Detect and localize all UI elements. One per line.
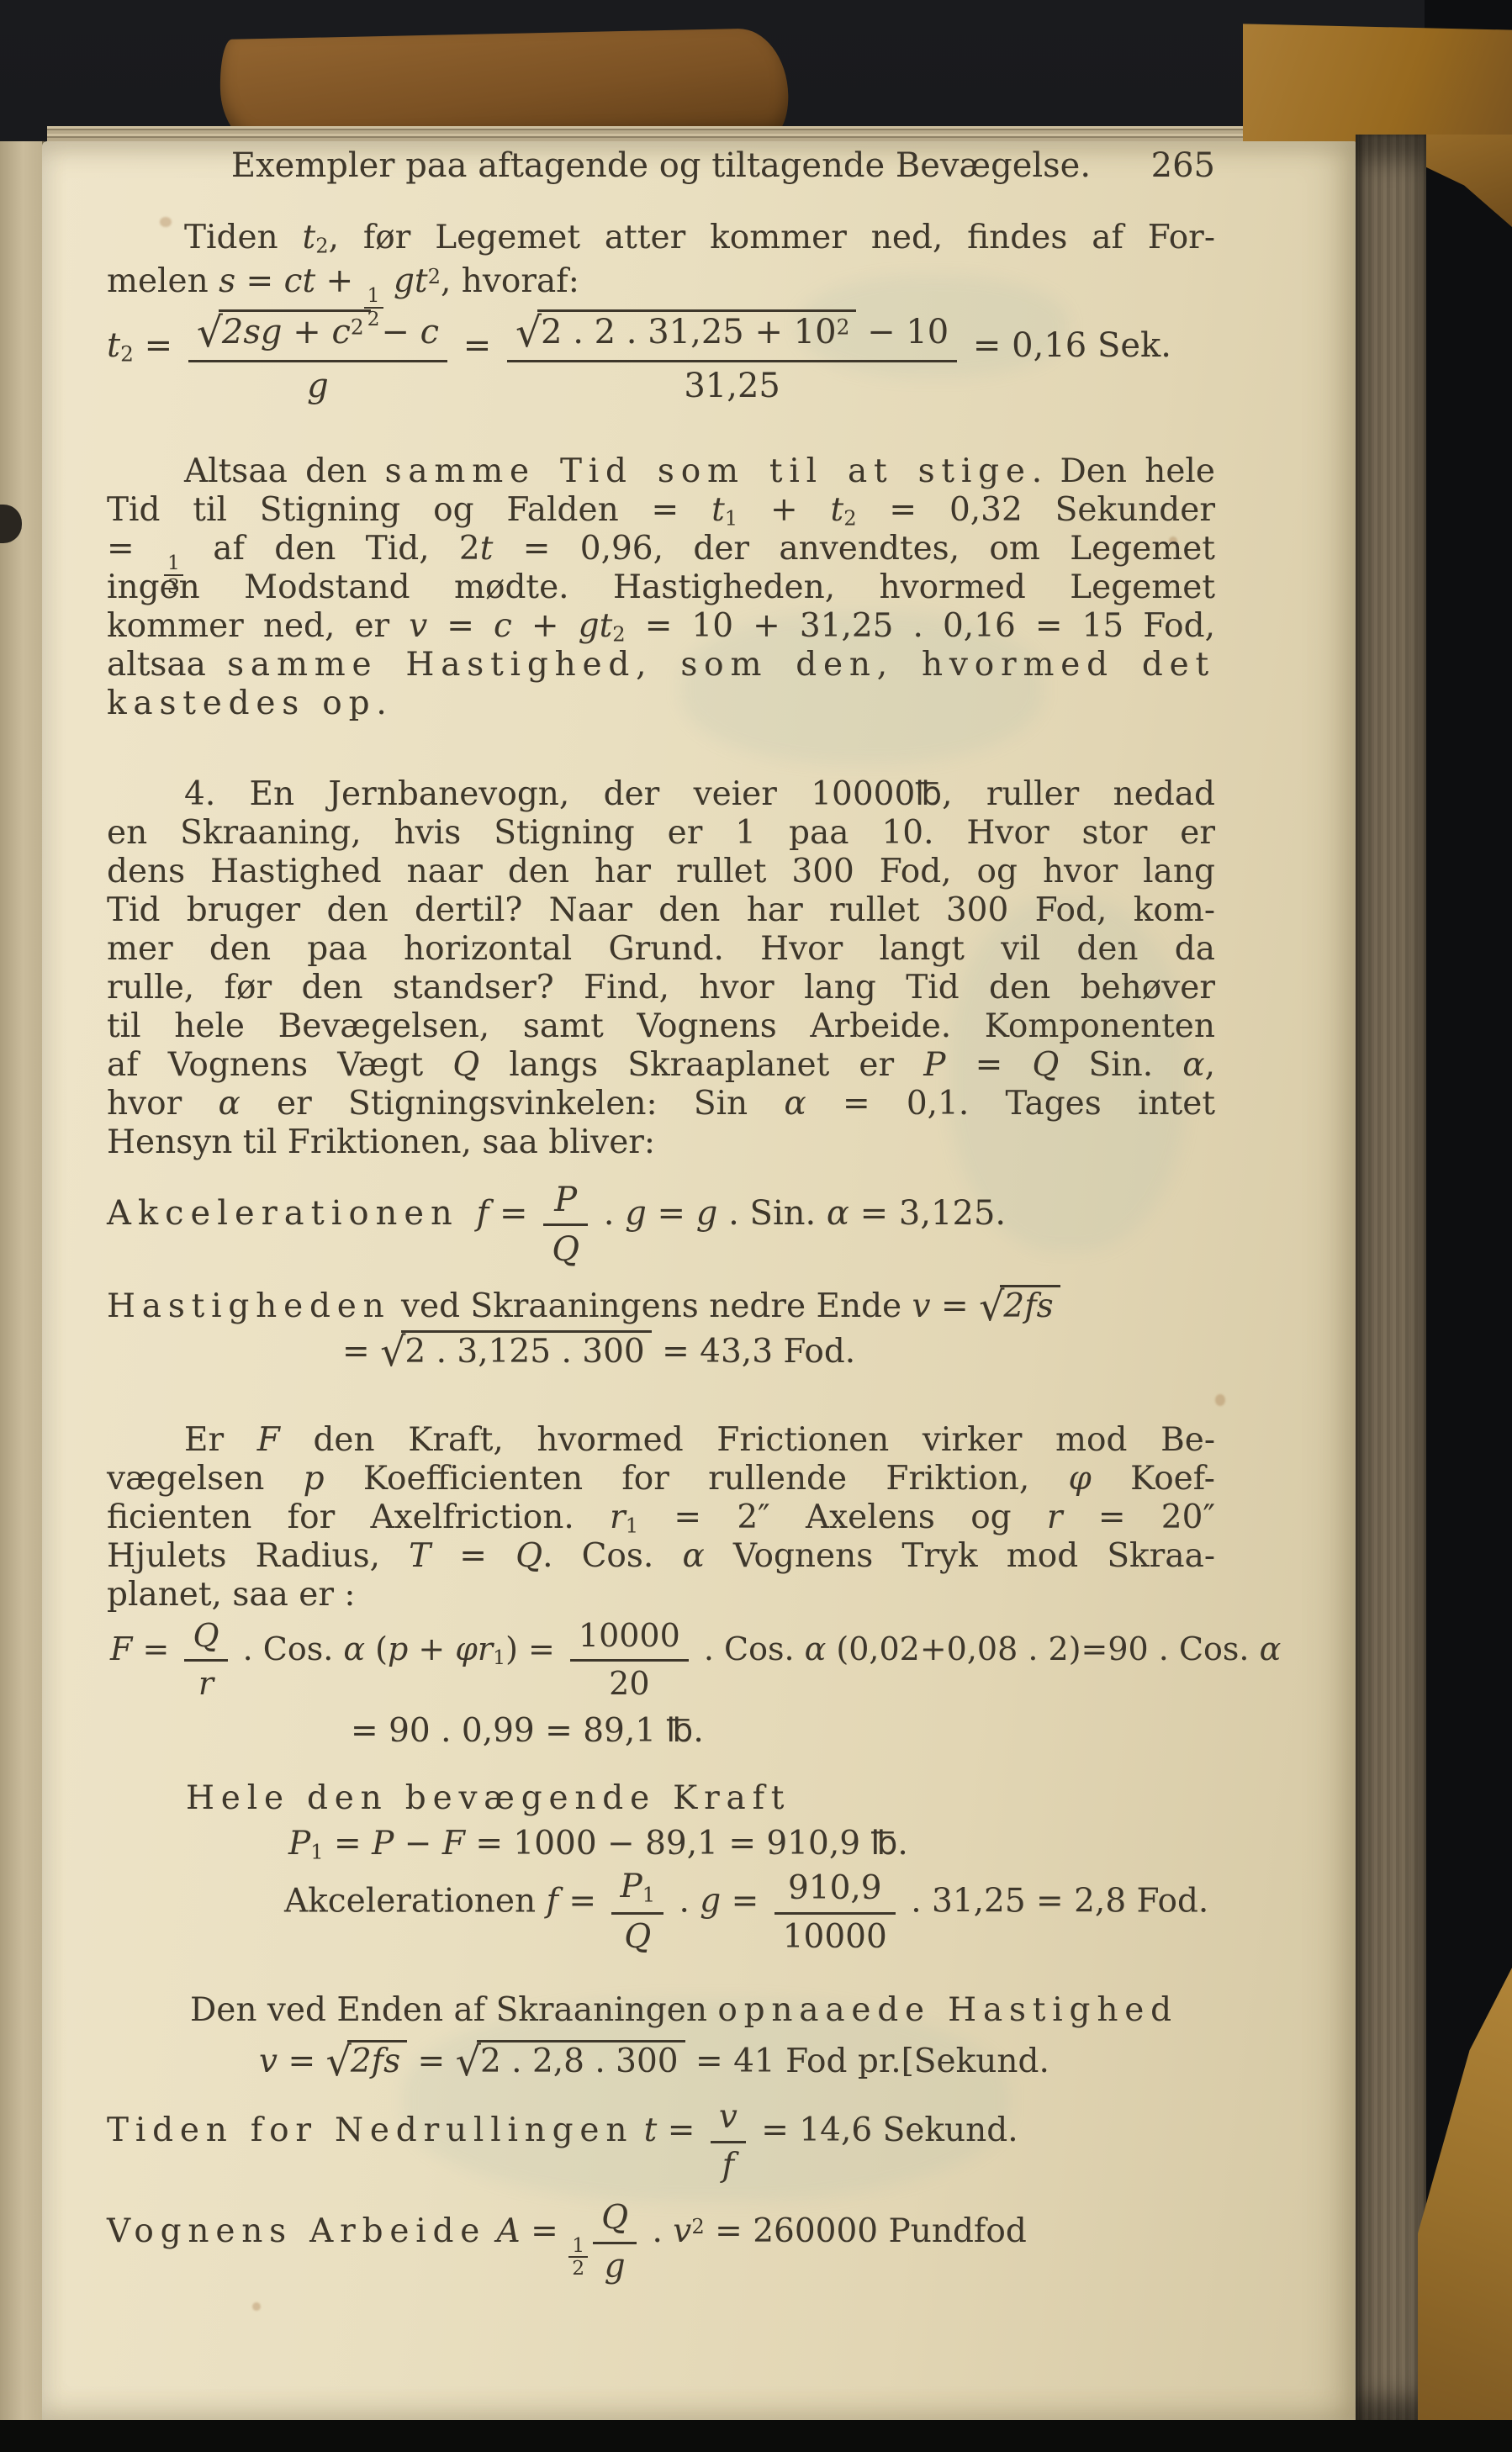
text-line: kommer ned, er v = c + gt2 = 10 + 31,25 … <box>107 607 1215 646</box>
line-hastigheden-2: = √2 . 3,125 . 300 = 43,3 Fod. <box>342 1330 855 1372</box>
formula-fragment: = <box>452 326 502 365</box>
numerator: √2sg + c2 − c <box>188 309 447 360</box>
denominator: Q <box>543 1223 588 1267</box>
text-line: planet, saa er : <box>107 1576 1215 1614</box>
formula-fragment: Akcelerationen f = <box>284 1883 606 1921</box>
book-page-photo: Exempler paa aftagende og tiltagende Bev… <box>0 0 1512 2452</box>
denominator: f <box>711 2141 746 2184</box>
text-line: Hjulets Radius, T = Q. Cos. α Vognens Tr… <box>107 1537 1215 1576</box>
fraction: P1Q <box>611 1870 663 1955</box>
page-number: 265 <box>1151 146 1215 185</box>
text-line: kastedes op. <box>107 684 1215 723</box>
radicand: 2 . 2 . 31,25 + 102 <box>537 309 856 351</box>
radicand: 2 . 3,125 . 300 <box>401 1330 651 1371</box>
text-line: mer den paa horizontal Grund. Hvor langt… <box>107 930 1215 969</box>
formula-friction: F = Qr . Cos. α (p + φr1) = 1000020 . Co… <box>110 1620 1281 1701</box>
formula-fragment: Tiden for Nedrullingen t = <box>107 2111 706 2149</box>
line-hastigheden: Hastigheden ved Skraaningens nedre Ende … <box>107 1285 1060 1327</box>
formula-fragment: = 14,6 Sekund. <box>751 2111 1018 2149</box>
formula-akceleration-1: Akcelerationen f = PQ . g = g . Sin. α =… <box>107 1182 1006 1267</box>
running-title: Exempler paa aftagende og tiltagende Bev… <box>231 146 1091 185</box>
formula-fragment: Akcelerationen f = <box>107 1194 538 1233</box>
fraction: √2sg + c2 − cg <box>188 309 447 404</box>
paragraph-problem-4: 4. En Jernbanevogn, der veier 10000℔, ru… <box>107 775 1215 1162</box>
background-bottom <box>0 2420 1512 2452</box>
text-line: ficienten for Axelfriction. r1 = 2″ Axel… <box>107 1498 1215 1537</box>
formula-akceleration-2: Akcelerationen f = P1Q . g = 910,910000 … <box>284 1870 1208 1955</box>
text-line: Tid til Stigning og Falden = t1 + t2 = 0… <box>107 491 1215 530</box>
paragraph-tiden: Tiden t2, før Legemet atter kommer ned, … <box>107 219 1215 296</box>
text-line: altsaa samme Hastighed, som den, hvormed… <box>107 646 1215 684</box>
text-line: Altsaa den samme Tid som til at stige. D… <box>107 452 1215 491</box>
text-line: rulle, før den standser? Find, hvor lang… <box>107 969 1215 1007</box>
book-page: Exempler paa aftagende og tiltagende Bev… <box>42 141 1356 2423</box>
text-line: Tid bruger den dertil? Naar den har rull… <box>107 891 1215 930</box>
fraction: 1000020 <box>570 1620 689 1701</box>
numerator: P <box>543 1182 588 1223</box>
stacked-fraction: 12 <box>568 2236 588 2280</box>
formula-fragment: = 0,16 Sek. <box>962 326 1171 365</box>
text-line: Hensyn til Friktionen, saa bliver: <box>107 1123 1215 1162</box>
formula-fragment: . g = <box>669 1883 769 1921</box>
fraction: PQ <box>543 1182 588 1267</box>
text-line: til hele Bevægelsen, samt Vognens Arbeid… <box>107 1007 1215 1046</box>
page-header: Exempler paa aftagende og tiltagende Bev… <box>107 146 1215 185</box>
formula-fragment: − 10 <box>856 313 949 351</box>
text-line: hvor α er Stigningsvinkelen: Sin α = 0,1… <box>107 1085 1215 1123</box>
numerator: 910,9 <box>775 1872 896 1912</box>
fraction: Qr <box>184 1620 227 1701</box>
fraction: Qg <box>593 2201 637 2285</box>
denominator: g <box>188 360 447 404</box>
paragraph-friktion: Er F den Kraft, hvormed Frictionen virke… <box>107 1421 1215 1614</box>
page-edge-left <box>0 141 45 2422</box>
formula-fragment: . g = g . Sin. α = 3,125. <box>593 1194 1006 1233</box>
numerator: Q <box>593 2201 637 2242</box>
text-line: = 13 af den Tid, 2t = 0,96, der anvendte… <box>107 530 1215 568</box>
denominator: 10000 <box>775 1912 896 1955</box>
book-cover-top-right <box>1243 24 1512 147</box>
radicand: 2fs <box>347 2040 407 2080</box>
foxing-spot <box>1215 1394 1225 1406</box>
denominator: g <box>593 2242 637 2285</box>
formula-fragment: . Cos. α (p + φr1) = <box>233 1630 565 1667</box>
radicand: 2sg + c2 <box>219 309 371 351</box>
formula-t2: t2 = √2sg + c2 − cg = √2 . 2 . 31,25 + 1… <box>107 309 1171 404</box>
formula-fragment: . 31,25 = 2,8 Fod. <box>901 1883 1209 1921</box>
formula-fragment: F = <box>110 1630 179 1667</box>
text-block: Exempler paa aftagende og tiltagende Bev… <box>107 141 1215 2423</box>
denominator: r <box>184 1659 227 1701</box>
fraction: vf <box>711 2101 746 2184</box>
text-line: en Skraaning, hvis Stigning er 1 paa 10.… <box>107 814 1215 853</box>
denominator: 20 <box>570 1659 689 1701</box>
formula-p1: P1 = P − F = 1000 − 89,1 = 910,9 ℔. <box>288 1825 908 1871</box>
line-den-ved-enden: Den ved Enden af Skraaningen opnaaede Ha… <box>190 1991 1178 2030</box>
text-line: Er F den Kraft, hvormed Frictionen virke… <box>107 1421 1215 1460</box>
text-line: af Vognens Vægt Q langs Skraaplanet er P… <box>107 1046 1215 1085</box>
radicand: 2fs <box>1000 1285 1060 1325</box>
text-line: vægelsen p Koefficienten for rullende Fr… <box>107 1460 1215 1498</box>
book-fore-edge <box>1356 135 1426 2423</box>
numerator: 10000 <box>570 1620 689 1659</box>
text-line: dens Hastighed naar den har rullet 300 F… <box>107 853 1215 891</box>
denominator: 31,25 <box>507 360 957 404</box>
fraction: 910,910000 <box>775 1872 896 1955</box>
numerator: v <box>711 2101 746 2141</box>
text-line: Tiden t2, før Legemet atter kommer ned, … <box>107 219 1215 257</box>
fraction: √2 . 2 . 31,25 + 102 − 1031,25 <box>507 309 957 404</box>
numerator: P1 <box>611 1870 663 1912</box>
text-line: ingen Modstand mødte. Hastigheden, hvorm… <box>107 568 1215 607</box>
numerator: Q <box>184 1620 227 1659</box>
numerator: √2 . 2 . 31,25 + 102 − 10 <box>507 309 957 360</box>
formula-tiden-nedrulling: Tiden for Nedrullingen t = vf = 14,6 Sek… <box>107 2101 1018 2184</box>
formula-vognens-arbeide: Vognens Arbeide A = 12Qg . v2 = 260000 P… <box>107 2201 1027 2285</box>
text-line: 4. En Jernbanevogn, der veier 10000℔, ru… <box>107 775 1215 814</box>
line-hele-kraft: Hele den bevægende Kraft <box>186 1779 790 1818</box>
formula-fragment: . v2 = 260000 Pundfod <box>642 2212 1027 2250</box>
formula-fragment: t2 = <box>107 326 183 365</box>
formula-fragment: . Cos. α (0,02+0,08 . 2)=90 . Cos. α <box>694 1630 1281 1667</box>
denominator: Q <box>611 1912 663 1955</box>
paragraph-altsaa: Altsaa den samme Tid som til at stige. D… <box>107 452 1215 723</box>
formula-friction-result: = 90 . 0,99 = 89,1 ℔. <box>351 1712 704 1751</box>
formula-fragment: − c <box>371 313 439 351</box>
text-line: melen s = ct + 12 gt2, hvoraf: <box>107 257 1215 296</box>
formula-v: v = √2fs = √2 . 2,8 . 300 = 41 Fod pr.[S… <box>259 2040 1049 2082</box>
radicand: 2 . 2,8 . 300 <box>477 2040 685 2080</box>
formula-fragment: Vognens Arbeide A = 12 <box>107 2212 588 2250</box>
